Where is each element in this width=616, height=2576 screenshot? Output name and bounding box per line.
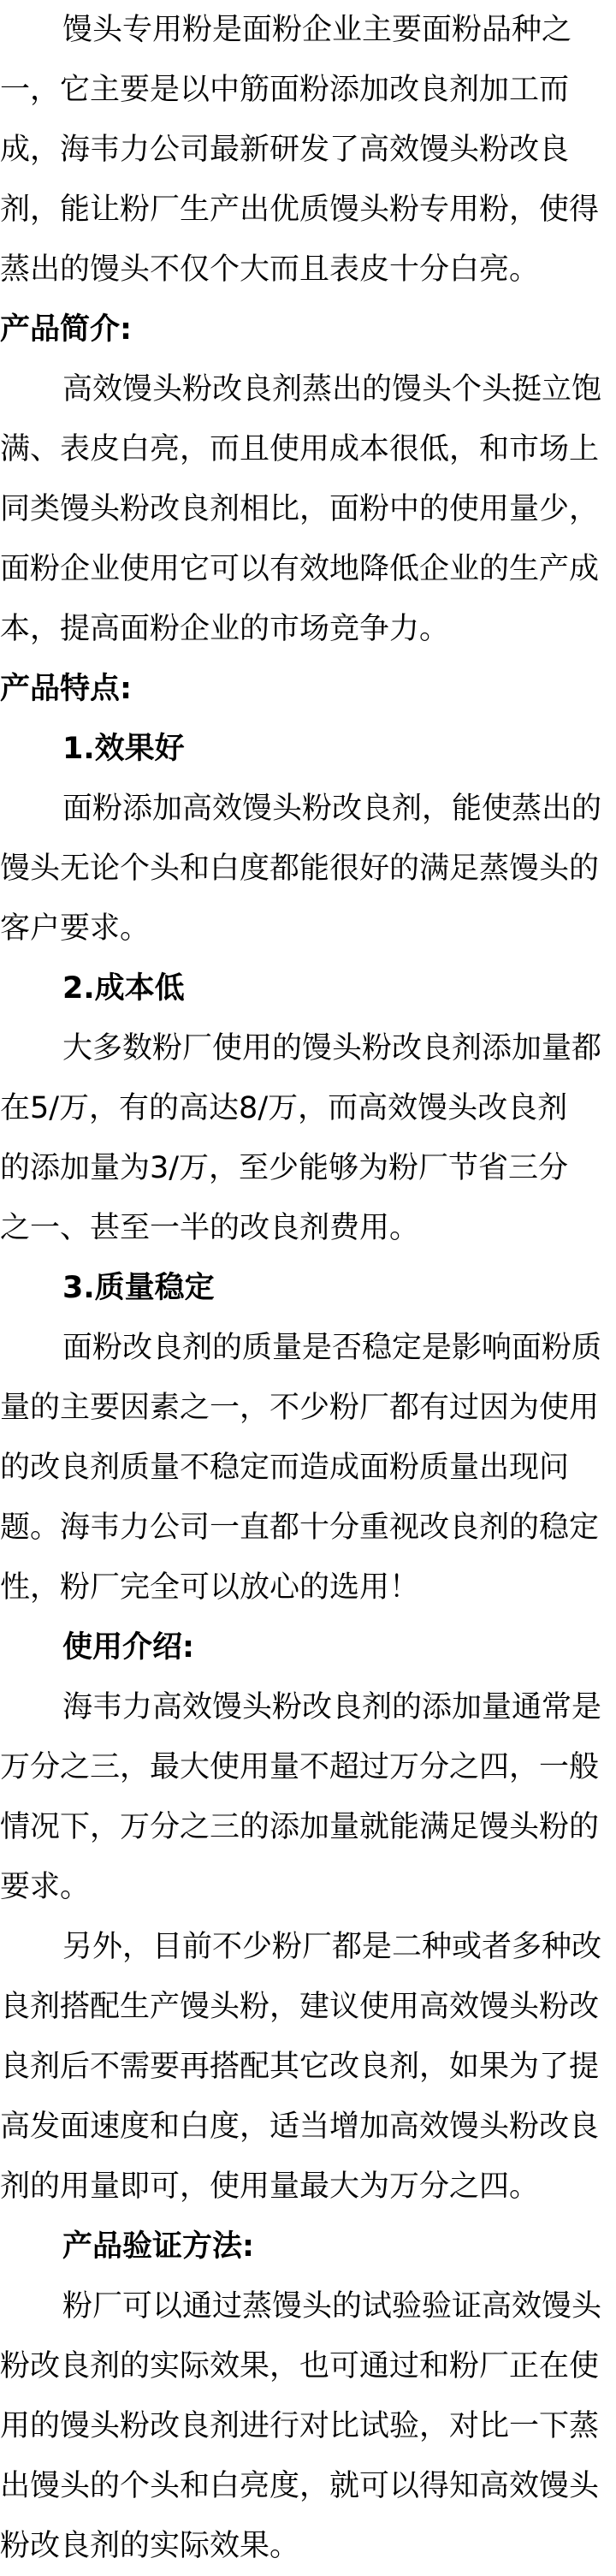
text-line: 要求。: [0, 1857, 616, 1917]
feature-title: 1.效果好: [0, 719, 616, 779]
product-intro-paragraph: 高效馒头粉改良剂蒸出的馒头个头挺立饱 满、表皮白亮，而且使用成本很低，和市场上 …: [0, 359, 616, 659]
text-line: 满、表皮白亮，而且使用成本很低，和市场上: [0, 419, 616, 479]
section-heading-verification: 产品验证方法:: [0, 2217, 616, 2276]
text-line: 良剂后不需要再搭配其它改良剂，如果为了提: [0, 2037, 616, 2097]
text-line: 性，粉厂完全可以放心的选用！: [0, 1558, 616, 1617]
text-line: 的改良剂质量不稳定而造成面粉质量出现问: [0, 1438, 616, 1498]
text-line: 量的主要因素之一，不少粉厂都有过因为使用: [0, 1378, 616, 1438]
usage-paragraph-1: 海韦力高效馒头粉改良剂的添加量通常是 万分之三，最大使用量不超过万分之四，一般 …: [0, 1677, 616, 1917]
text-line: 的添加量为3/万，至少能够为粉厂节省三分: [0, 1138, 616, 1198]
text-line: 一，它主要是以中筋面粉添加改良剂加工而: [0, 60, 616, 120]
text-line: 成，海韦力公司最新研发了高效馒头粉改良: [0, 120, 616, 180]
text-line: 良剂搭配生产馒头粉，建议使用高效馒头粉改: [0, 1977, 616, 2037]
text-line: 之一、甚至一半的改良剂费用。: [0, 1198, 616, 1258]
text-line: 面粉企业使用它可以有效地降低企业的生产成: [0, 539, 616, 599]
text-line: 高发面速度和白度，适当增加高效馒头粉改良: [0, 2097, 616, 2157]
text-line: 用的馒头粉改良剂进行对比试验，对比一下蒸: [0, 2396, 616, 2456]
text-line: 面粉改良剂的质量是否稳定是影响面粉质: [0, 1318, 616, 1378]
text-line: 面粉添加高效馒头粉改良剂，能使蒸出的: [0, 779, 616, 839]
section-heading-product-intro: 产品简介:: [0, 300, 616, 359]
feature-title: 2.成本低: [0, 959, 616, 1018]
text-line: 馒头专用粉是面粉企业主要面粉品种之: [0, 0, 616, 60]
text-line: 大多数粉厂使用的馒头粉改良剂添加量都: [0, 1018, 616, 1078]
section-heading: 产品简介:: [0, 300, 616, 359]
text-line: 剂的用量即可，使用量最大为万分之四。: [0, 2157, 616, 2217]
feature-title-2: 2.成本低: [0, 959, 616, 1018]
text-line: 海韦力高效馒头粉改良剂的添加量通常是: [0, 1677, 616, 1737]
text-line: 粉改良剂的实际效果，也可通过和粉厂正在使: [0, 2336, 616, 2396]
feature-title-1: 1.效果好: [0, 719, 616, 779]
feature-paragraph-2: 大多数粉厂使用的馒头粉改良剂添加量都 在5/万，有的高达8/万，而高效馒头改良剂…: [0, 1018, 616, 1258]
verification-paragraph: 粉厂可以通过蒸馒头的试验验证高效馒头 粉改良剂的实际效果，也可通过和粉厂正在使 …: [0, 2276, 616, 2576]
text-line: 粉厂可以通过蒸馒头的试验验证高效馒头: [0, 2276, 616, 2336]
text-line: 在5/万，有的高达8/万，而高效馒头改良剂: [0, 1078, 616, 1138]
section-heading: 使用介绍:: [0, 1617, 616, 1677]
feature-paragraph-3: 面粉改良剂的质量是否稳定是影响面粉质 量的主要因素之一，不少粉厂都有过因为使用 …: [0, 1318, 616, 1617]
usage-paragraph-2: 另外，目前不少粉厂都是二种或者多种改 良剂搭配生产馒头粉，建议使用高效馒头粉改 …: [0, 1917, 616, 2217]
section-heading: 产品特点:: [0, 659, 616, 719]
text-line: 本，提高面粉企业的市场竞争力。: [0, 599, 616, 659]
text-line: 粉改良剂的实际效果。: [0, 2516, 616, 2576]
section-heading-features: 产品特点:: [0, 659, 616, 719]
feature-title: 3.质量稳定: [0, 1258, 616, 1318]
text-line: 馒头无论个头和白度都能很好的满足蒸馒头的: [0, 839, 616, 899]
text-line: 蒸出的馒头不仅个大而且表皮十分白亮。: [0, 240, 616, 300]
text-line: 出馒头的个头和白亮度，就可以得知高效馒头: [0, 2456, 616, 2516]
text-line: 情况下，万分之三的添加量就能满足馒头粉的: [0, 1797, 616, 1857]
text-line: 题。海韦力公司一直都十分重视改良剂的稳定: [0, 1498, 616, 1558]
text-line: 剂，能让粉厂生产出优质馒头粉专用粉，使得: [0, 180, 616, 240]
section-heading-usage: 使用介绍:: [0, 1617, 616, 1677]
article: 馒头专用粉是面粉企业主要面粉品种之 一，它主要是以中筋面粉添加改良剂加工而 成，…: [0, 0, 616, 2576]
feature-title-3: 3.质量稳定: [0, 1258, 616, 1318]
text-line: 万分之三，最大使用量不超过万分之四，一般: [0, 1737, 616, 1797]
text-line: 同类馒头粉改良剂相比，面粉中的使用量少，: [0, 479, 616, 539]
text-line: 高效馒头粉改良剂蒸出的馒头个头挺立饱: [0, 359, 616, 419]
intro-paragraph: 馒头专用粉是面粉企业主要面粉品种之 一，它主要是以中筋面粉添加改良剂加工而 成，…: [0, 0, 616, 300]
feature-paragraph-1: 面粉添加高效馒头粉改良剂，能使蒸出的 馒头无论个头和白度都能很好的满足蒸馒头的 …: [0, 779, 616, 959]
section-heading: 产品验证方法:: [0, 2217, 616, 2276]
text-line: 客户要求。: [0, 899, 616, 959]
text-line: 另外，目前不少粉厂都是二种或者多种改: [0, 1917, 616, 1977]
